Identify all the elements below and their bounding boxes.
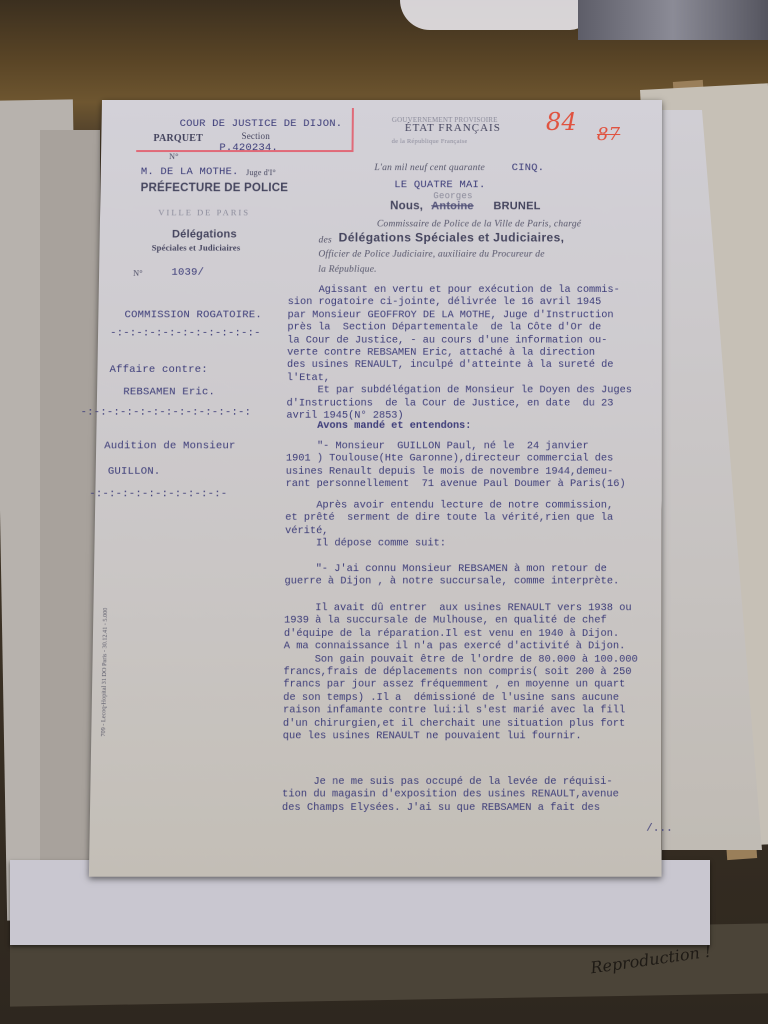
folio-number: 84 xyxy=(546,116,577,129)
role-line-2-prefix: des xyxy=(318,234,331,247)
paragraph-commission: Agissant en vertu et pour exécution de l… xyxy=(286,285,650,423)
date-prefix: L'an mil neuf cent quarante xyxy=(374,162,485,175)
state-title: ÉTAT FRANÇAIS xyxy=(405,122,501,135)
continuation-mark: /... xyxy=(646,822,673,836)
role-line-2: Délégations Spéciales et Judiciaires, xyxy=(339,231,565,244)
city-name: VILLE DE PARIS xyxy=(158,206,250,219)
paragraph-testimony-1: "- J'ai connu Monsieur REBSAMEN à mon re… xyxy=(284,564,649,589)
affaire-name: REBSAMEN Eric. xyxy=(123,386,215,399)
government-sublabel: de la République Française xyxy=(392,135,468,148)
delegations-title: Délégations xyxy=(172,228,237,241)
separator: -:-:-:-:-:-:-:-:-:-:-:-:-: xyxy=(80,407,251,420)
commission-title: COMMISSION ROGATOIRE. xyxy=(124,309,262,322)
background-cloth xyxy=(578,0,768,40)
officer-struck-name: Antoine xyxy=(431,200,474,213)
paragraph-testimony-3: Je ne me suis pas occupé de la levée de … xyxy=(282,777,650,816)
audition-label: Audition de Monsieur xyxy=(104,440,236,453)
paragraph-testimony-2: Il avait dû entrer aux usines RENAULT ve… xyxy=(283,603,650,744)
paragraph-oath: Après avoir entendu lecture de notre com… xyxy=(285,500,650,551)
folio-number-crossed: 87 xyxy=(597,128,620,141)
judge-title: Juge d'I° xyxy=(246,166,276,179)
number-label: N° xyxy=(169,150,179,163)
date-year: CINQ. xyxy=(512,162,545,175)
officer-name: BRUNEL xyxy=(493,200,540,213)
background-glare xyxy=(400,0,590,30)
separator: -:-:-:-:-:-:-:-:-:-:- xyxy=(89,488,227,501)
avons-mande: Avons mandé et entendons: xyxy=(286,421,650,434)
parquet-label: PARQUET xyxy=(153,132,203,145)
case-number: P.420234. xyxy=(219,142,278,155)
document-page: COUR DE JUSTICE DE DIJON. PARQUET Sectio… xyxy=(89,100,662,877)
prefecture-title: PRÉFECTURE DE POLICE xyxy=(141,182,289,195)
judge-name: M. DE LA MOTHE. xyxy=(141,166,239,179)
audition-name: GUILLON. xyxy=(108,466,161,479)
separator: -:-:-:-:-:-:-:-:-:-:-:- xyxy=(110,327,261,340)
delegations-subtitle: Spéciales et Judiciaires xyxy=(152,241,241,254)
paragraph-witness: "- Monsieur GUILLON Paul, né le 24 janvi… xyxy=(286,441,650,492)
role-line-4: la République. xyxy=(318,264,377,277)
dossier-number: 1039/ xyxy=(171,267,204,280)
role-line-3: Officier de Police Judiciaire, auxiliair… xyxy=(318,249,544,262)
printer-margin-note: 709 - Lecoq-Hopital 31 DO Paris - 30.12.… xyxy=(101,608,109,737)
affaire-label: Affaire contre: xyxy=(109,364,207,377)
no-label: N° xyxy=(133,267,143,280)
nous-label: Nous, xyxy=(390,200,423,213)
